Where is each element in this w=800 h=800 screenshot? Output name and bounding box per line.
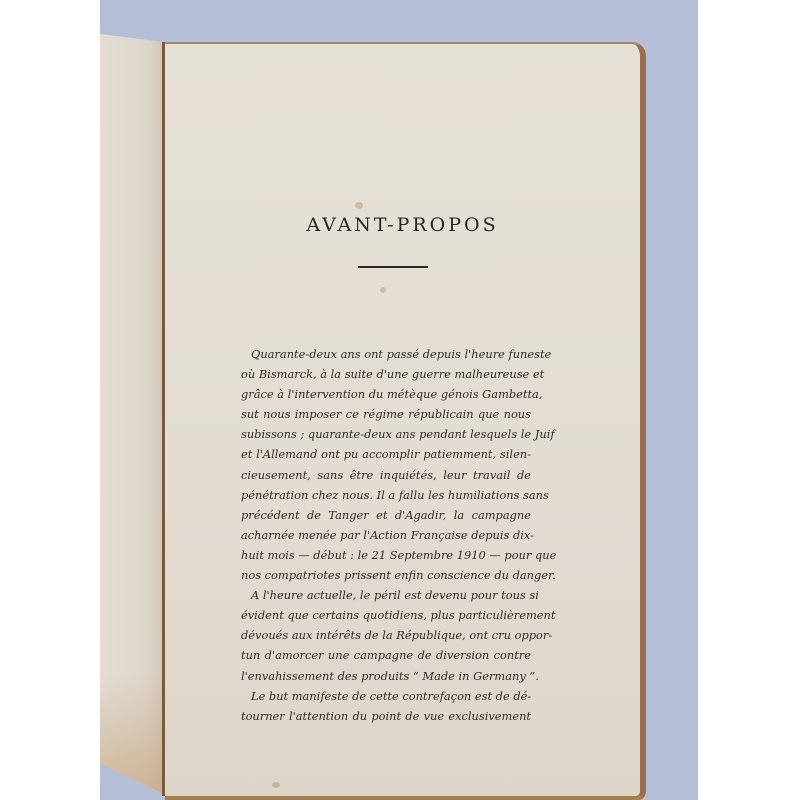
text-line: précédent de Tanger et d'Agadir, la camp… xyxy=(241,505,531,525)
text-line: Quarante-deux ans ont passé depuis l'heu… xyxy=(241,344,531,364)
text-line: l'envahissement des produits “ Made in G… xyxy=(241,666,531,686)
text-line: A l'heure actuelle, le péril est devenu … xyxy=(241,585,531,605)
page-body: Quarante-deux ans ont passé depuis l'heu… xyxy=(241,344,531,726)
text-line: cieusement, sans être inquiétés, leur tr… xyxy=(241,465,531,485)
page-title: AVANT-PROPOS xyxy=(165,214,640,236)
text-line: acharnée menée par l'Action Française de… xyxy=(241,525,531,545)
paragraph-3: Le but manifeste de cette contrefaçon es… xyxy=(241,686,531,726)
text-line: évident que certains quotidiens, plus pa… xyxy=(241,605,531,625)
title-rule xyxy=(358,266,428,268)
foxing-spot xyxy=(380,287,386,293)
left-page-edge xyxy=(100,34,164,794)
text-line: où Bismarck, à la suite d'une guerre mal… xyxy=(241,364,531,384)
text-line: tourner l'attention du point de vue excl… xyxy=(241,706,531,726)
text-line: Le but manifeste de cette contrefaçon es… xyxy=(241,686,531,706)
text-line: nos compatriotes prissent enfin conscien… xyxy=(241,565,531,585)
text-line: huit mois — début : le 21 Septembre 1910… xyxy=(241,545,531,565)
left-page-stain xyxy=(100,674,164,794)
text-line: tun d'amorcer une campagne de diversion … xyxy=(241,645,531,665)
text-line: sut nous imposer ce régime républicain q… xyxy=(241,404,531,424)
text-line: grâce à l'intervention du métèque génois… xyxy=(241,384,531,404)
text-line: dévoués aux intérêts de la République, o… xyxy=(241,625,531,645)
text-line: pénétration chez nous. Il a fallu les hu… xyxy=(241,485,531,505)
text-line: et l'Allemand ont pu accomplir patiemmen… xyxy=(241,444,531,464)
paragraph-2: A l'heure actuelle, le péril est devenu … xyxy=(241,585,531,685)
paragraph-1: Quarante-deux ans ont passé depuis l'heu… xyxy=(241,344,531,585)
book-page: AVANT-PROPOS Quarante-deux ans ont passé… xyxy=(165,42,646,800)
foxing-spot xyxy=(272,782,280,788)
foxing-spot xyxy=(355,202,363,209)
book-photo: AVANT-PROPOS Quarante-deux ans ont passé… xyxy=(100,0,698,800)
text-line: subissons ; quarante-deux ans pendant le… xyxy=(241,424,531,444)
